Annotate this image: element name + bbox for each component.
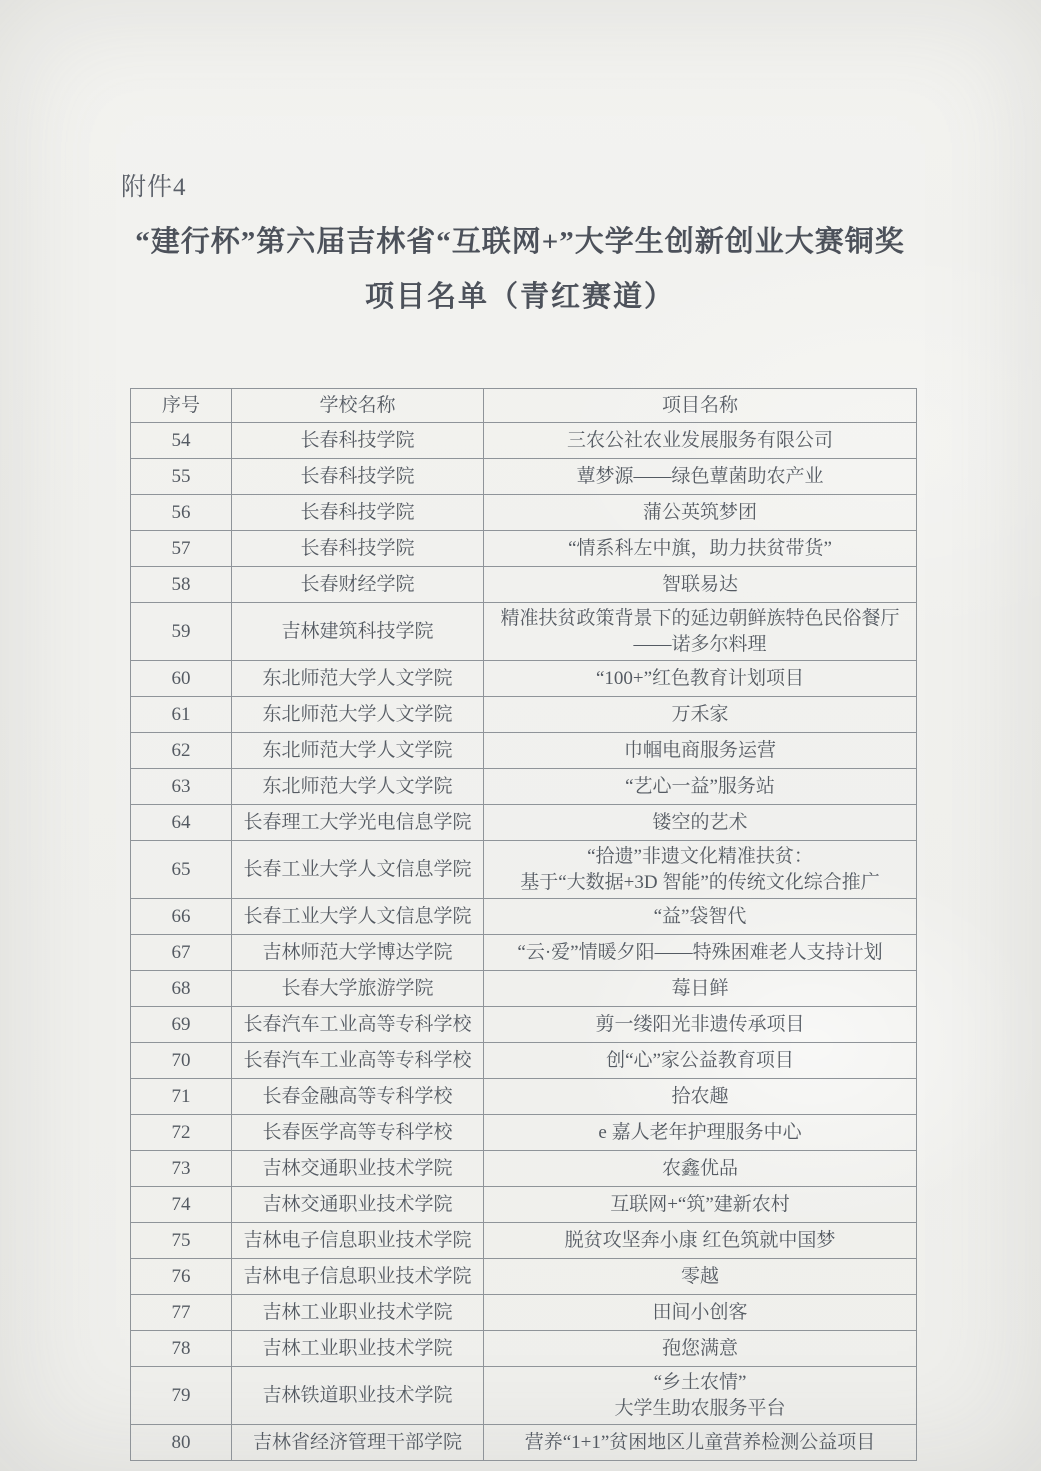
cell-school: 吉林建筑科技学院 — [232, 603, 484, 661]
table-row: 66长春工业大学人文信息学院“益”袋智代 — [131, 899, 917, 935]
cell-project: 巾帼电商服务运营 — [484, 733, 917, 769]
cell-no: 55 — [131, 459, 232, 495]
cell-school: 长春大学旅游学院 — [232, 971, 484, 1007]
table-row: 60东北师范大学人文学院“100+”红色教育计划项目 — [131, 661, 917, 697]
table-row: 67吉林师范大学博达学院“云·爱”情暖夕阳——特殊困难老人支持计划 — [131, 935, 917, 971]
cell-no: 54 — [131, 423, 232, 459]
cell-no: 64 — [131, 805, 232, 841]
table-row: 74吉林交通职业技术学院互联网+“筑”建新农村 — [131, 1187, 917, 1223]
header-no: 序号 — [131, 389, 232, 423]
cell-project: 蕈梦源——绿色蕈菌助农产业 — [484, 459, 917, 495]
table-row: 59吉林建筑科技学院精准扶贫政策背景下的延边朝鲜族特色民俗餐厅 ——诺多尔料理 — [131, 603, 917, 661]
cell-no: 72 — [131, 1115, 232, 1151]
cell-school: 长春理工大学光电信息学院 — [232, 805, 484, 841]
cell-no: 74 — [131, 1187, 232, 1223]
cell-no: 76 — [131, 1259, 232, 1295]
cell-project: 镂空的艺术 — [484, 805, 917, 841]
cell-project: 万禾家 — [484, 697, 917, 733]
cell-school: 吉林电子信息职业技术学院 — [232, 1223, 484, 1259]
table-row: 69长春汽车工业高等专科学校剪一缕阳光非遗传承项目 — [131, 1007, 917, 1043]
cell-no: 70 — [131, 1043, 232, 1079]
award-table: 序号 学校名称 项目名称 54长春科技学院三农公社农业发展服务有限公司55长春科… — [130, 388, 917, 1461]
cell-school: 东北师范大学人文学院 — [232, 661, 484, 697]
table-row: 58长春财经学院智联易达 — [131, 567, 917, 603]
document-page: 附件4 “建行杯”第六届吉林省“互联网+”大学生创新创业大赛铜奖 项目名单（青红… — [0, 0, 1041, 1471]
cell-project: 田间小创客 — [484, 1295, 917, 1331]
table-row: 77吉林工业职业技术学院田间小创客 — [131, 1295, 917, 1331]
table-row: 80吉林省经济管理干部学院营养“1+1”贫困地区儿童营养检测公益项目 — [131, 1425, 917, 1461]
cell-project: 营养“1+1”贫困地区儿童营养检测公益项目 — [484, 1425, 917, 1461]
table-row: 72长春医学高等专科学校e 嘉人老年护理服务中心 — [131, 1115, 917, 1151]
cell-project: e 嘉人老年护理服务中心 — [484, 1115, 917, 1151]
cell-no: 62 — [131, 733, 232, 769]
cell-no: 80 — [131, 1425, 232, 1461]
cell-project: 农鑫优品 — [484, 1151, 917, 1187]
cell-school: 吉林工业职业技术学院 — [232, 1295, 484, 1331]
cell-no: 77 — [131, 1295, 232, 1331]
cell-school: 长春工业大学人文信息学院 — [232, 899, 484, 935]
cell-no: 65 — [131, 841, 232, 899]
table-row: 62东北师范大学人文学院巾帼电商服务运营 — [131, 733, 917, 769]
table-row: 57长春科技学院“情系科左中旗，助力扶贫带货” — [131, 531, 917, 567]
cell-project: 脱贫攻坚奔小康 红色筑就中国梦 — [484, 1223, 917, 1259]
cell-no: 63 — [131, 769, 232, 805]
cell-no: 58 — [131, 567, 232, 603]
cell-school: 长春科技学院 — [232, 459, 484, 495]
cell-project: “100+”红色教育计划项目 — [484, 661, 917, 697]
cell-school: 长春财经学院 — [232, 567, 484, 603]
cell-school: 长春工业大学人文信息学院 — [232, 841, 484, 899]
cell-project: 零越 — [484, 1259, 917, 1295]
cell-no: 79 — [131, 1367, 232, 1425]
table-row: 68长春大学旅游学院莓日鲜 — [131, 971, 917, 1007]
table-row: 64长春理工大学光电信息学院镂空的艺术 — [131, 805, 917, 841]
table-header-row: 序号 学校名称 项目名称 — [131, 389, 917, 423]
cell-no: 60 — [131, 661, 232, 697]
cell-project: 互联网+“筑”建新农村 — [484, 1187, 917, 1223]
cell-school: 长春汽车工业高等专科学校 — [232, 1007, 484, 1043]
title-line-2: 项目名单（青红赛道） — [70, 283, 970, 312]
cell-school: 东北师范大学人文学院 — [232, 697, 484, 733]
cell-school: 吉林师范大学博达学院 — [232, 935, 484, 971]
cell-school: 吉林工业职业技术学院 — [232, 1331, 484, 1367]
cell-project: “艺心一益”服务站 — [484, 769, 917, 805]
cell-project: 剪一缕阳光非遗传承项目 — [484, 1007, 917, 1043]
cell-no: 66 — [131, 899, 232, 935]
cell-no: 61 — [131, 697, 232, 733]
cell-school: 长春科技学院 — [232, 495, 484, 531]
cell-no: 69 — [131, 1007, 232, 1043]
cell-project: “情系科左中旗，助力扶贫带货” — [484, 531, 917, 567]
cell-no: 68 — [131, 971, 232, 1007]
table-row: 79吉林铁道职业技术学院“乡土农情” 大学生助农服务平台 — [131, 1367, 917, 1425]
cell-school: 长春科技学院 — [232, 531, 484, 567]
cell-school: 吉林交通职业技术学院 — [232, 1187, 484, 1223]
cell-project: 蒲公英筑梦团 — [484, 495, 917, 531]
cell-school: 吉林省经济管理干部学院 — [232, 1425, 484, 1461]
cell-project: 孢您满意 — [484, 1331, 917, 1367]
title-line-1: “建行杯”第六届吉林省“互联网+”大学生创新创业大赛铜奖 — [70, 228, 970, 257]
table-row: 71长春金融高等专科学校拾农趣 — [131, 1079, 917, 1115]
cell-no: 73 — [131, 1151, 232, 1187]
cell-school: 长春医学高等专科学校 — [232, 1115, 484, 1151]
cell-no: 75 — [131, 1223, 232, 1259]
cell-no: 56 — [131, 495, 232, 531]
table-row: 73吉林交通职业技术学院农鑫优品 — [131, 1151, 917, 1187]
cell-project: “益”袋智代 — [484, 899, 917, 935]
table-row: 54长春科技学院三农公社农业发展服务有限公司 — [131, 423, 917, 459]
table-row: 65长春工业大学人文信息学院“拾遗”非遗文化精准扶贫： 基于“大数据+3D 智能… — [131, 841, 917, 899]
cell-school: 吉林电子信息职业技术学院 — [232, 1259, 484, 1295]
cell-project: 三农公社农业发展服务有限公司 — [484, 423, 917, 459]
table-row: 70长春汽车工业高等专科学校创“心”家公益教育项目 — [131, 1043, 917, 1079]
cell-no: 71 — [131, 1079, 232, 1115]
table-row: 76吉林电子信息职业技术学院零越 — [131, 1259, 917, 1295]
cell-school: 吉林交通职业技术学院 — [232, 1151, 484, 1187]
cell-no: 78 — [131, 1331, 232, 1367]
table-row: 56长春科技学院蒲公英筑梦团 — [131, 495, 917, 531]
cell-school: 吉林铁道职业技术学院 — [232, 1367, 484, 1425]
attachment-label: 附件4 — [121, 167, 187, 203]
award-table-body: 54长春科技学院三农公社农业发展服务有限公司55长春科技学院蕈梦源——绿色蕈菌助… — [131, 423, 917, 1461]
header-project: 项目名称 — [484, 389, 917, 423]
cell-school: 长春科技学院 — [232, 423, 484, 459]
cell-project: “乡土农情” 大学生助农服务平台 — [484, 1367, 917, 1425]
cell-project: 精准扶贫政策背景下的延边朝鲜族特色民俗餐厅 ——诺多尔料理 — [484, 603, 917, 661]
cell-project: 拾农趣 — [484, 1079, 917, 1115]
table-row: 55长春科技学院蕈梦源——绿色蕈菌助农产业 — [131, 459, 917, 495]
cell-project: 莓日鲜 — [484, 971, 917, 1007]
cell-school: 东北师范大学人文学院 — [232, 769, 484, 805]
document-title: “建行杯”第六届吉林省“互联网+”大学生创新创业大赛铜奖 项目名单（青红赛道） — [70, 228, 970, 312]
cell-school: 长春汽车工业高等专科学校 — [232, 1043, 484, 1079]
cell-project: 创“心”家公益教育项目 — [484, 1043, 917, 1079]
cell-project: 智联易达 — [484, 567, 917, 603]
cell-project: “云·爱”情暖夕阳——特殊困难老人支持计划 — [484, 935, 917, 971]
header-school: 学校名称 — [232, 389, 484, 423]
cell-project: “拾遗”非遗文化精准扶贫： 基于“大数据+3D 智能”的传统文化综合推广 — [484, 841, 917, 899]
cell-no: 67 — [131, 935, 232, 971]
cell-no: 57 — [131, 531, 232, 567]
cell-no: 59 — [131, 603, 232, 661]
cell-school: 长春金融高等专科学校 — [232, 1079, 484, 1115]
table-row: 78吉林工业职业技术学院孢您满意 — [131, 1331, 917, 1367]
table-row: 75吉林电子信息职业技术学院脱贫攻坚奔小康 红色筑就中国梦 — [131, 1223, 917, 1259]
cell-school: 东北师范大学人文学院 — [232, 733, 484, 769]
table-row: 61东北师范大学人文学院万禾家 — [131, 697, 917, 733]
table-row: 63东北师范大学人文学院“艺心一益”服务站 — [131, 769, 917, 805]
